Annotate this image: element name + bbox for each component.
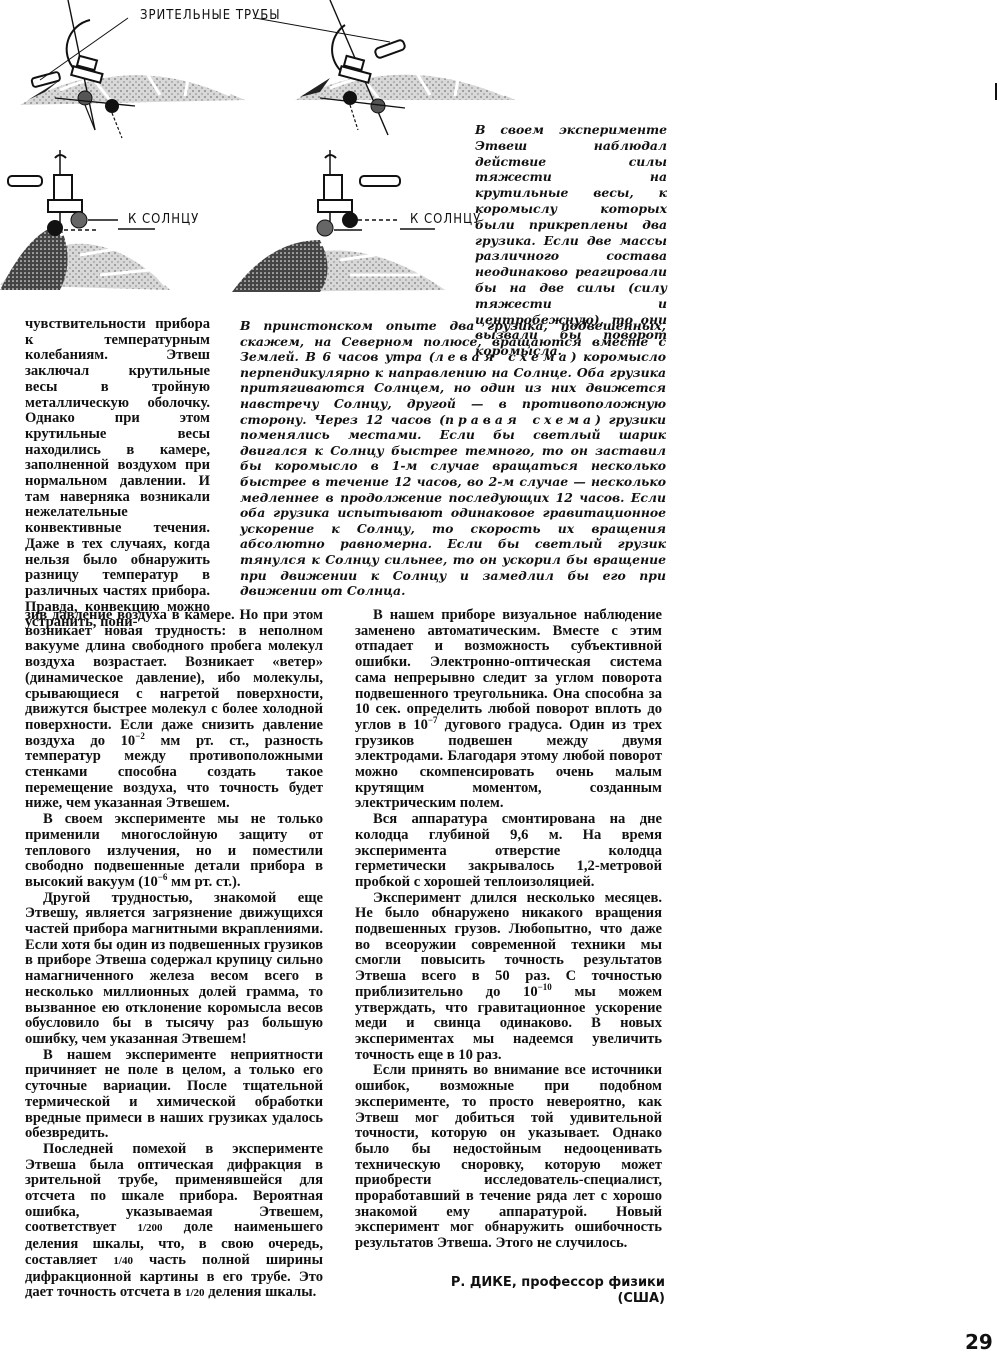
right-column: В нашем приборе визуальное наблюдение за… [355,608,662,1252]
paragraph: Вся аппаратура смонтирована на дне колод… [355,812,662,891]
left-column-top: чувствительности прибора к температурным… [25,317,210,631]
right-scheme-label: правая схема [445,412,595,427]
paragraph: Последней помехой в эксперименте Этвеша … [25,1142,323,1302]
label-telescopes: ЗРИТЕЛЬНЫЕ ТРУБЫ [140,8,281,23]
label-to-sun-left: К СОЛНЦУ [128,212,199,227]
margin-mark [995,83,997,100]
diagram-drawing [0,0,520,305]
torsion-balance-illustration: ЗРИТЕЛЬНЫЕ ТРУБЫ К СОЛНЦУ К СОЛНЦУ [0,0,520,305]
paragraph: чувствительности прибора к температурным… [25,317,210,631]
author-signature: Р. ДИКЕ, профессор физики (США) [435,1275,665,1307]
page-number: 29 [965,1330,993,1354]
author-country: (США) [435,1291,665,1307]
magazine-page: ЗРИТЕЛЬНЫЕ ТРУБЫ К СОЛНЦУ К СОЛНЦУ В сво… [0,0,1000,1354]
author-name: Р. ДИКЕ, профессор физики [435,1275,665,1291]
paragraph: В своем эксперименте мы не только примен… [25,812,323,891]
left-column: зив давление воздуха в камере. Но при эт… [25,608,323,1302]
paragraph: зив давление воздуха в камере. Но при эт… [25,608,323,812]
label-to-sun-right: К СОЛНЦУ [410,212,481,227]
caption-princeton-experiment: В принстонском опыте два грузика, подвеш… [240,318,666,599]
paragraph: Эксперимент длился несколько месяцев. Не… [355,891,662,1064]
paragraph: В нашем приборе визуальное наблюдение за… [355,608,662,812]
paragraph: В нашем эксперименте неприятности причин… [25,1048,323,1142]
paragraph: Если принять во внимание все источники о… [355,1063,662,1251]
left-scheme-label: левая схема [435,349,571,364]
paragraph: Другой трудностью, знакомой еще Этвешу, … [25,891,323,1048]
